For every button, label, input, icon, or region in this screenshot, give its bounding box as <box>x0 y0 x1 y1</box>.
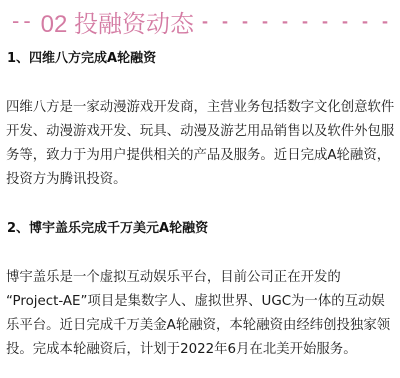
paragraph-line: 乐平台。近日完成千万美金A轮融资，本轮融资由经纬创投独家领 <box>6 314 398 338</box>
paragraph-line: 四维八方是一家动漫游戏开发商，主营业务包括数字文化创意软件 <box>6 96 398 120</box>
left-dash-decoration: -- <box>12 8 35 34</box>
news-paragraph-1: 四维八方是一家动漫游戏开发商，主营业务包括数字文化创意软件 开发、动漫游戏开发、… <box>6 96 398 192</box>
paragraph-line: 博宇盖乐是一个虚拟互动娱乐平台，目前公司正在开发的 <box>6 266 398 290</box>
section-header: -- 02 投融资动态 - - - - - - - - - - - - <box>12 6 400 36</box>
news-heading-1: 1、四维八方完成A轮融资 <box>7 47 156 66</box>
paragraph-line: 开发、动漫游戏开发、玩具、动漫及游艺用品销售以及软件外包服 <box>6 120 398 144</box>
section-title: 02 投融资动态 <box>41 4 194 39</box>
news-paragraph-2: 博宇盖乐是一个虚拟互动娱乐平台，目前公司正在开发的 “Project-AE”项目… <box>6 266 398 362</box>
right-dash-decoration: - - - - - - - - - - - - <box>202 11 400 32</box>
paragraph-line: 投。完成本轮融资后，计划于2022年6月在北美开始服务。 <box>6 338 398 362</box>
paragraph-line: 务等，致力于为用户提供相关的产品及服务。近日完成A轮融资， <box>6 144 398 168</box>
news-heading-2: 2、博宇盖乐完成千万美元A轮融资 <box>7 217 208 236</box>
paragraph-line: “Project-AE”项目是集数字人、虚拟世界、UGC为一体的互动娱 <box>6 290 398 314</box>
paragraph-line: 投资方为腾讯投资。 <box>6 168 398 192</box>
